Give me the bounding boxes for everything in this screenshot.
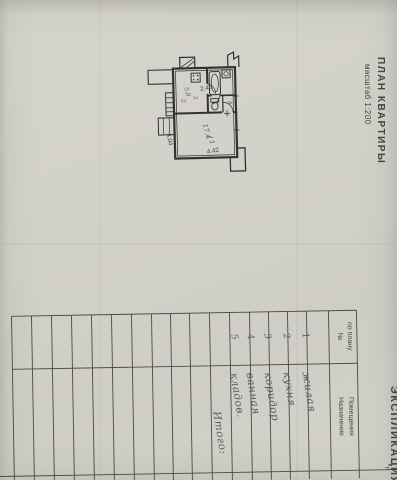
room-number-annotation: 1 — [207, 139, 216, 145]
table-line — [12, 316, 15, 480]
table-line — [356, 310, 359, 478]
row-name: кладов. — [228, 372, 247, 418]
vent-shaft-2 — [227, 52, 238, 67]
stove-icon — [191, 73, 200, 82]
kitchen-area-annotation: 5,8 — [182, 86, 191, 97]
floor-plan: 2.45 4.42 4.04 17,4 1 5,8 2 3 4 — [148, 52, 246, 173]
table-line — [52, 316, 55, 480]
table-line — [111, 315, 114, 480]
paper-fold-line — [0, 243, 397, 245]
row-number: 4 — [244, 332, 255, 341]
col-header-num-line1: № — [336, 333, 343, 341]
dimension-top: 2.45 — [199, 84, 213, 93]
toilet-tank — [211, 99, 219, 103]
wc-number-annotation: 4 — [225, 99, 233, 106]
col-header-next-partial: п — [383, 467, 390, 471]
table-line — [170, 314, 173, 480]
row-name: ванная — [244, 372, 262, 416]
row-name: жилая — [300, 371, 318, 413]
row-number: 5 — [228, 333, 239, 341]
plan-title: ПЛАН КВАРТИРЫ — [375, 57, 386, 164]
row-name: коридор — [262, 371, 282, 422]
hall-number-annotation: 3 — [191, 95, 199, 101]
paper-fold-line — [99, 0, 101, 480]
paper-fold-line — [296, 0, 298, 480]
kitchen-number-annotation: 2 — [179, 97, 187, 104]
table-line — [189, 313, 192, 480]
table-divider — [0, 469, 397, 476]
plan-scale: масштаб 1:200 — [363, 64, 372, 125]
window-room-mullions — [163, 118, 169, 135]
room-area-annotation: 17,4 — [201, 123, 213, 140]
explication-table: № по плану Назначение Помещения п 1 2 3 … — [0, 310, 397, 480]
vent-shaft-hatch — [181, 58, 195, 67]
row-number: 1 — [299, 332, 310, 340]
col-header-name-line1: Назначение — [337, 397, 345, 436]
annex — [148, 70, 173, 85]
table-border — [12, 310, 357, 316]
stove-burner — [193, 79, 195, 81]
cross-mark — [224, 110, 230, 116]
table-divider — [12, 363, 357, 369]
table-line — [328, 311, 331, 479]
stove-burner — [197, 75, 199, 77]
scanned-document-page: 2.45 4.42 4.04 17,4 1 5,8 2 3 4 ПЛАН КВА… — [0, 0, 397, 480]
row-number: 2 — [280, 331, 291, 340]
document-graphics: 2.45 4.42 4.04 17,4 1 5,8 2 3 4 ПЛАН КВА… — [0, 0, 397, 480]
stove-burner — [197, 79, 199, 81]
table-line — [91, 315, 94, 480]
table-line — [72, 315, 75, 480]
stove-burner — [193, 75, 195, 77]
sink-icon — [222, 70, 230, 78]
table-line — [131, 314, 134, 480]
dimension-bottom: 4.42 — [206, 147, 220, 156]
col-header-name-line2: Помещения — [347, 397, 355, 436]
col-header-num-line2: по плану — [346, 322, 354, 351]
total-label: Итого: — [210, 409, 229, 455]
table-line — [151, 314, 154, 480]
sink-basin — [224, 72, 229, 77]
row-number: 3 — [261, 332, 272, 340]
table-line — [209, 313, 212, 480]
dimension-left: 4.04 — [165, 133, 174, 147]
table-line — [32, 316, 35, 480]
